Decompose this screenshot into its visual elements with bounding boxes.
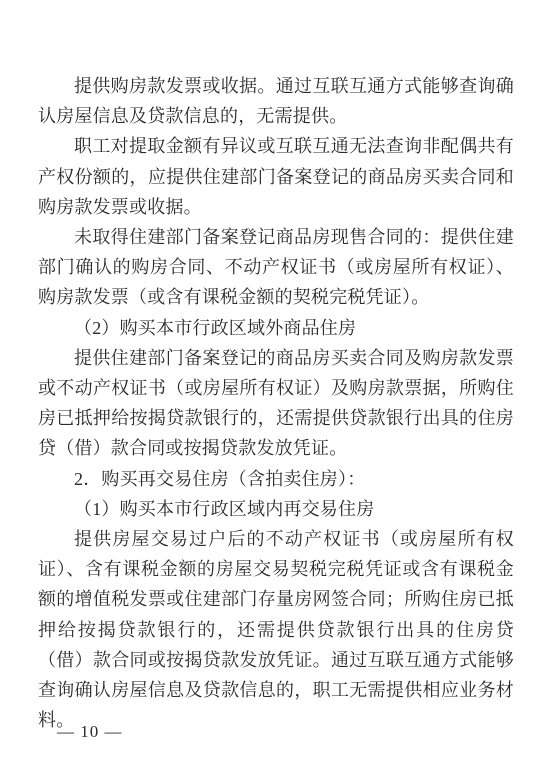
document-page: 提供购房款发票或收据。通过互联互通方式能够查询确认房屋信息及贷款信息的，无需提供… [0, 0, 552, 758]
paragraph: 未取得住建部门备案登记商品房现售合同的：提供住建部门确认的购房合同、不动产权证书… [38, 222, 514, 313]
paragraph: 提供住建部门备案登记的商品房买卖合同及购房款发票或不动产权证书（或房屋所有权证）… [38, 343, 514, 464]
paragraph: 提供购房款发票或收据。通过互联互通方式能够查询确认房屋信息及贷款信息的，无需提供… [38, 71, 514, 131]
paragraph: 提供房屋交易过户后的不动产权证书（或房屋所有权证）、含有课税金额的房屋交易契税完… [38, 524, 514, 735]
paragraph: 2．购买再交易住房（含拍卖住房）： [38, 464, 514, 494]
paragraph: 职工对提取金额有异议或互联互通无法查询非配偶共有产权份额的，应提供住建部门备案登… [38, 131, 514, 222]
document-body: 提供购房款发票或收据。通过互联互通方式能够查询确认房屋信息及贷款信息的，无需提供… [38, 71, 514, 735]
page-number: — 10 — [57, 722, 123, 742]
paragraph: （2）购买本市行政区域外商品住房 [38, 313, 514, 343]
paragraph: （1）购买本市行政区域内再交易住房 [38, 494, 514, 524]
